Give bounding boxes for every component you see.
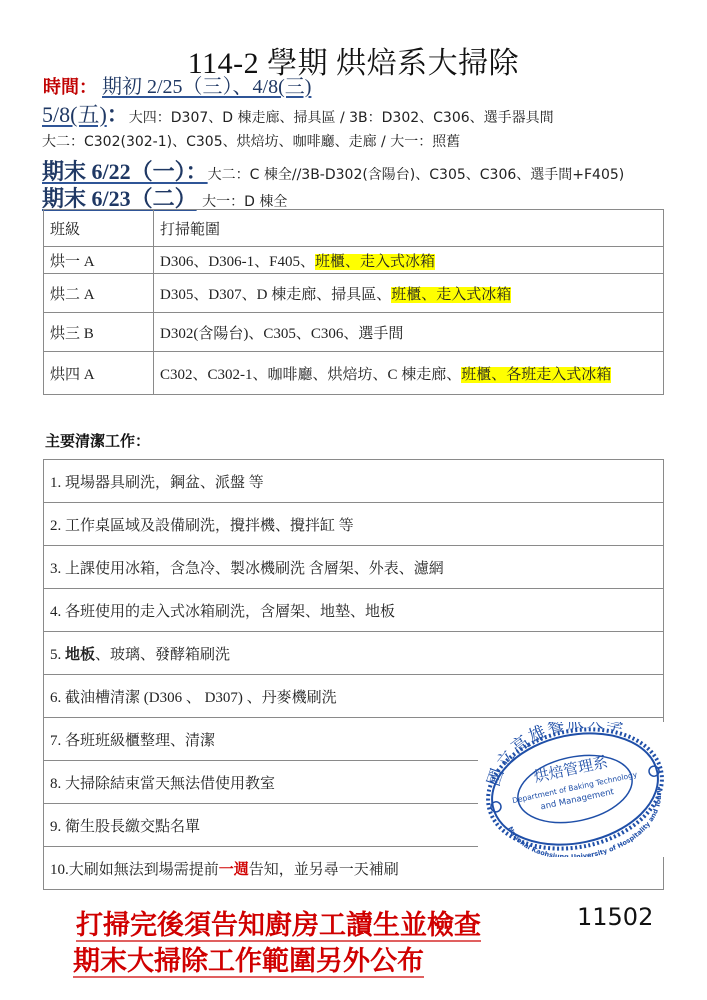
table-row: 烘四 A C302、C302-1、咖啡廳、烘焙坊、C 棟走廊、班櫃、各班走入式冰… — [44, 352, 664, 395]
header-area: 打掃範圍 — [154, 210, 664, 247]
task-row: 3. 上課使用冰箱，含急冷、製冰機刷洗 含層架、外表、濾網 — [44, 546, 664, 589]
department-seal-stamp: 烘焙管理系 Department of Baking Technology an… — [478, 722, 673, 857]
task-item: 4. 各班使用的走入式冰箱刷洗，含層架、地墊、地板 — [44, 589, 664, 632]
schedule-line-may-2: 大二：C302(302-1)、C305、烘焙坊、咖啡廳、走廊 / 大一：照舊 — [42, 131, 460, 151]
area-text: D306、D306-1、F405、 — [160, 254, 315, 270]
highlighted-area: 班櫃、走入式冰箱 — [315, 254, 435, 270]
area-text: D302(含陽台)、C305、C306、選手間 — [160, 326, 403, 342]
table-row: 烘三 B D302(含陽台)、C305、C306、選手間 — [44, 313, 664, 352]
task-row: 1. 現場器具刷洗，鋼盆、派盤 等 — [44, 460, 664, 503]
cleaning-area-table: 班級 打掃範圍 烘一 A D306、D306-1、F405、班櫃、走入式冰箱 烘… — [43, 209, 664, 395]
task-text: 、玻璃、發酵箱刷洗 — [95, 647, 230, 663]
area-text: D305、D307、D 棟走廊、掃具區、 — [160, 287, 391, 303]
schedule-line-start: 時間： 期初 2/25（三）、4/8(三) — [43, 70, 311, 99]
table-row: 烘二 A D305、D307、D 棟走廊、掃具區、班櫃、走入式冰箱 — [44, 274, 664, 313]
start-dates: 期初 2/25（三）、4/8(三) — [102, 76, 311, 98]
highlighted-area: 班櫃、各班走入式冰箱 — [461, 367, 611, 383]
task-row: 4. 各班使用的走入式冰箱刷洗，含層架、地墊、地板 — [44, 589, 664, 632]
task-number: 5. — [50, 647, 65, 663]
task-text: 10.大刷如無法到場需提前 — [50, 862, 219, 878]
highlighted-area: 班櫃、走入式冰箱 — [391, 287, 511, 303]
time-label: 時間： — [43, 77, 97, 98]
area-text: C302、C302-1、咖啡廳、烘焙坊、C 棟走廊、 — [160, 367, 461, 383]
task-row: 6. 截油槽清潔 (D306 、 D307) 、丹麥機刷洗 — [44, 675, 664, 718]
final-assignments-1: 大二：C 棟全//3B-D302(含陽台)、C305、C306、選手間+F405… — [208, 167, 625, 183]
table-header-row: 班級 打掃範圍 — [44, 210, 664, 247]
area-cell: D302(含陽台)、C305、C306、選手間 — [154, 313, 664, 352]
task-row: 5. 地板、玻璃、發酵箱刷洗 — [44, 632, 664, 675]
footer-note-final: 期末大掃除工作範圍另外公布 — [73, 939, 424, 978]
header-class: 班級 — [44, 210, 154, 247]
task-text: 告知，並另尋一天補刷 — [249, 862, 399, 878]
task-row: 2. 工作桌區域及設備刷洗，攪拌機、攪拌缸 等 — [44, 503, 664, 546]
may-date: 5/8(五) — [42, 102, 107, 127]
seal-icon: 烘焙管理系 Department of Baking Technology an… — [478, 722, 673, 857]
may-assignments: 大四：D307、D 棟走廊、掃具區 / 3B：D302、C306、選手器具間 — [129, 110, 554, 126]
class-cell: 烘四 A — [44, 352, 154, 395]
final-assignments-2: 大一：D 棟全 — [202, 194, 287, 210]
task-emphasis: 一週 — [219, 862, 249, 878]
may-colon: ： — [107, 102, 129, 127]
task-bold-text: 地板 — [65, 647, 95, 663]
tasks-heading: 主要清潔工作： — [45, 430, 150, 451]
task-item: 3. 上課使用冰箱，含急冷、製冰機刷洗 含層架、外表、濾網 — [44, 546, 664, 589]
table-row: 烘一 A D306、D306-1、F405、班櫃、走入式冰箱 — [44, 247, 664, 274]
area-cell: D305、D307、D 棟走廊、掃具區、班櫃、走入式冰箱 — [154, 274, 664, 313]
task-item: 6. 截油槽清潔 (D306 、 D307) 、丹麥機刷洗 — [44, 675, 664, 718]
task-item: 1. 現場器具刷洗，鋼盆、派盤 等 — [44, 460, 664, 503]
class-cell: 烘二 A — [44, 274, 154, 313]
class-cell: 烘一 A — [44, 247, 154, 274]
task-item: 5. 地板、玻璃、發酵箱刷洗 — [44, 632, 664, 675]
task-item: 2. 工作桌區域及設備刷洗，攪拌機、攪拌缸 等 — [44, 503, 664, 546]
footer-note-inspection: 打掃完後須告知廚房工讀生並檢查 — [76, 903, 481, 942]
schedule-line-may: 5/8(五)：大四：D307、D 棟走廊、掃具區 / 3B：D302、C306、… — [42, 98, 554, 129]
document-code: 11502 — [577, 903, 653, 931]
area-cell: D306、D306-1、F405、班櫃、走入式冰箱 — [154, 247, 664, 274]
final-date-1: 期末 6/22（一）： — [42, 159, 208, 184]
area-cell: C302、C302-1、咖啡廳、烘焙坊、C 棟走廊、班櫃、各班走入式冰箱 — [154, 352, 664, 395]
final-date-2: 期末 6/23（二） — [42, 186, 197, 211]
class-cell: 烘三 B — [44, 313, 154, 352]
